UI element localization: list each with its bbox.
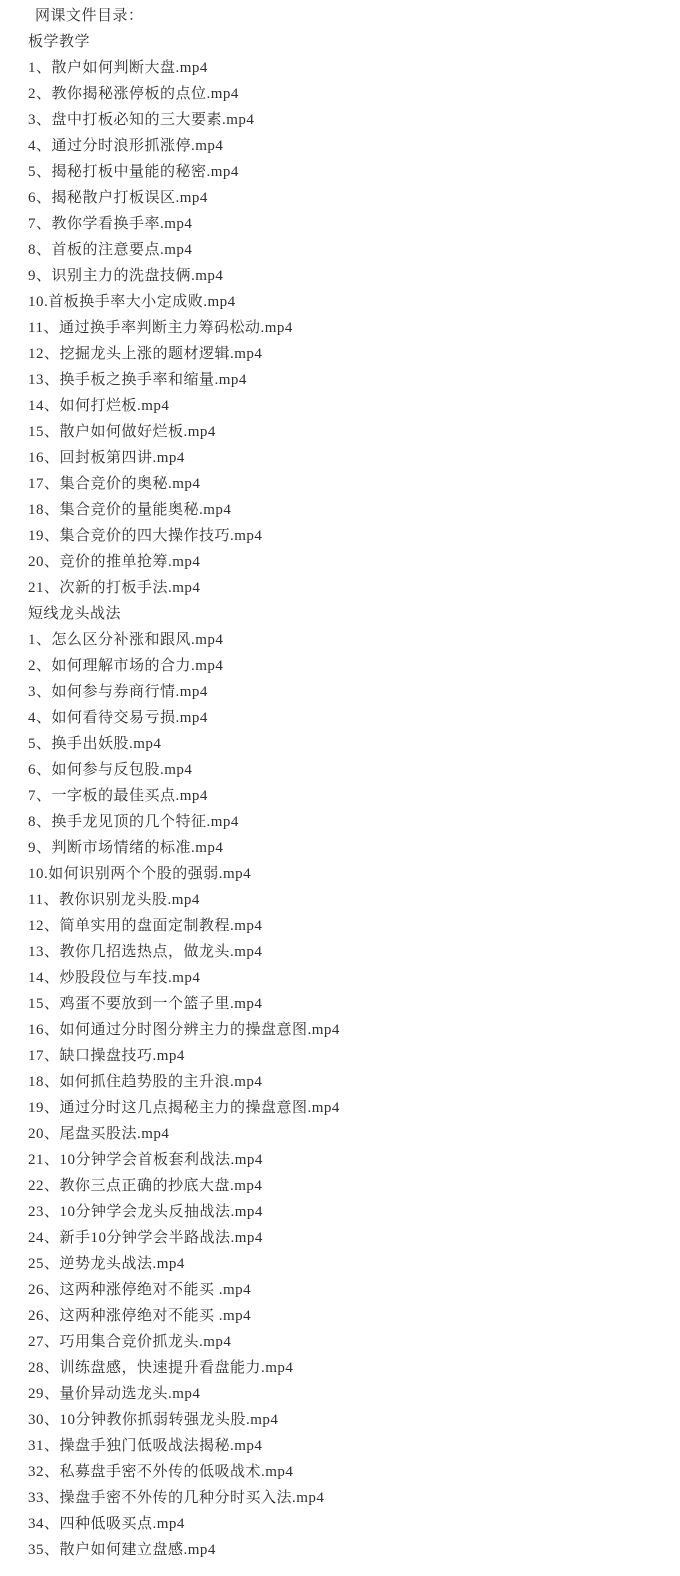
file-list-item: 2、如何理解市场的合力.mp4 [28, 653, 680, 679]
file-list-item: 19、集合竞价的四大操作技巧.mp4 [28, 523, 680, 549]
file-list-item: 3、如何参与券商行情.mp4 [28, 679, 680, 705]
file-list-item: 5、揭秘打板中量能的秘密.mp4 [28, 159, 680, 185]
section-heading: 板学教学 [28, 29, 680, 55]
file-list-item: 25、逆势龙头战法.mp4 [28, 1251, 680, 1277]
file-list-item: 32、私募盘手密不外传的低吸战术.mp4 [28, 1459, 680, 1485]
file-list-item: 4、通过分时浪形抓涨停.mp4 [28, 133, 680, 159]
file-list-item: 18、集合竞价的量能奥秘.mp4 [28, 497, 680, 523]
file-list-item: 8、换手龙见顶的几个特征.mp4 [28, 809, 680, 835]
file-list-item: 20、尾盘买股法.mp4 [28, 1121, 680, 1147]
page-title: 网课文件目录： [28, 3, 680, 29]
file-list-item: 1、怎么区分补涨和跟风.mp4 [28, 627, 680, 653]
file-list-item: 23、10分钟学会龙头反抽战法.mp4 [28, 1199, 680, 1225]
file-list-item: 30、10分钟教你抓弱转强龙头股.mp4 [28, 1407, 680, 1433]
file-list-item: 34、四种低吸买点.mp4 [28, 1511, 680, 1537]
file-list-item: 33、操盘手密不外传的几种分时买入法.mp4 [28, 1485, 680, 1511]
course-file-directory: 网课文件目录： 板学教学 1、散户如何判断大盘.mp4 2、教你揭秘涨停板的点位… [0, 0, 680, 1563]
file-list-item: 7、一字板的最佳买点.mp4 [28, 783, 680, 809]
course-section: 板学教学 1、散户如何判断大盘.mp4 2、教你揭秘涨停板的点位.mp4 3、盘… [28, 29, 680, 601]
file-list-item: 14、炒股段位与车技.mp4 [28, 965, 680, 991]
section-heading: 短线龙头战法 [28, 601, 680, 627]
file-list-item: 3、盘中打板必知的三大要素.mp4 [28, 107, 680, 133]
file-list-item: 17、缺口操盘技巧.mp4 [28, 1043, 680, 1069]
file-list-item: 16、如何通过分时图分辨主力的操盘意图.mp4 [28, 1017, 680, 1043]
file-list-item: 12、挖掘龙头上涨的题材逻辑.mp4 [28, 341, 680, 367]
file-list-item: 1、散户如何判断大盘.mp4 [28, 55, 680, 81]
file-list-item: 12、简单实用的盘面定制教程.mp4 [28, 913, 680, 939]
file-list-item: 6、如何参与反包股.mp4 [28, 757, 680, 783]
file-list-item: 20、竞价的推单抢筹.mp4 [28, 549, 680, 575]
file-list-item: 27、巧用集合竞价抓龙头.mp4 [28, 1329, 680, 1355]
file-list-item: 13、换手板之换手率和缩量.mp4 [28, 367, 680, 393]
file-list-item: 8、首板的注意要点.mp4 [28, 237, 680, 263]
file-list-item: 11、通过换手率判断主力筹码松动.mp4 [28, 315, 680, 341]
course-section: 短线龙头战法 1、怎么区分补涨和跟风.mp4 2、如何理解市场的合力.mp4 3… [28, 601, 680, 1563]
file-list-item: 9、识别主力的洗盘技俩.mp4 [28, 263, 680, 289]
file-list-item: 21、次新的打板手法.mp4 [28, 575, 680, 601]
file-list-item: 35、散户如何建立盘感.mp4 [28, 1537, 680, 1563]
file-list-item: 22、教你三点正确的抄底大盘.mp4 [28, 1173, 680, 1199]
file-list: 1、散户如何判断大盘.mp4 2、教你揭秘涨停板的点位.mp4 3、盘中打板必知… [28, 55, 680, 601]
file-list-item: 16、回封板第四讲.mp4 [28, 445, 680, 471]
file-list-item: 31、操盘手独门低吸战法揭秘.mp4 [28, 1433, 680, 1459]
file-list-item: 29、量价异动选龙头.mp4 [28, 1381, 680, 1407]
file-list-item: 19、通过分时这几点揭秘主力的操盘意图.mp4 [28, 1095, 680, 1121]
file-list-item: 11、教你识别龙头股.mp4 [28, 887, 680, 913]
file-list-item: 28、训练盘感，快速提升看盘能力.mp4 [28, 1355, 680, 1381]
file-list: 1、怎么区分补涨和跟风.mp4 2、如何理解市场的合力.mp4 3、如何参与券商… [28, 627, 680, 1563]
file-list-item: 15、鸡蛋不要放到一个篮子里.mp4 [28, 991, 680, 1017]
file-list-item: 13、教你几招选热点，做龙头.mp4 [28, 939, 680, 965]
file-list-item: 17、集合竞价的奥秘.mp4 [28, 471, 680, 497]
file-list-item: 5、换手出妖股.mp4 [28, 731, 680, 757]
file-list-item: 15、散户如何做好烂板.mp4 [28, 419, 680, 445]
file-list-item: 10.首板换手率大小定成败.mp4 [28, 289, 680, 315]
file-list-item: 21、10分钟学会首板套利战法.mp4 [28, 1147, 680, 1173]
sections-container: 板学教学 1、散户如何判断大盘.mp4 2、教你揭秘涨停板的点位.mp4 3、盘… [28, 29, 680, 1563]
file-list-item: 9、判断市场情绪的标准.mp4 [28, 835, 680, 861]
file-list-item: 10.如何识别两个个股的强弱.mp4 [28, 861, 680, 887]
file-list-item: 26、这两种涨停绝对不能买 .mp4 [28, 1277, 680, 1303]
file-list-item: 7、教你学看换手率.mp4 [28, 211, 680, 237]
file-list-item: 14、如何打烂板.mp4 [28, 393, 680, 419]
file-list-item: 4、如何看待交易亏损.mp4 [28, 705, 680, 731]
file-list-item: 6、揭秘散户打板误区.mp4 [28, 185, 680, 211]
file-list-item: 18、如何抓住趋势股的主升浪.mp4 [28, 1069, 680, 1095]
file-list-item: 26、这两种涨停绝对不能买 .mp4 [28, 1303, 680, 1329]
file-list-item: 2、教你揭秘涨停板的点位.mp4 [28, 81, 680, 107]
file-list-item: 24、新手10分钟学会半路战法.mp4 [28, 1225, 680, 1251]
